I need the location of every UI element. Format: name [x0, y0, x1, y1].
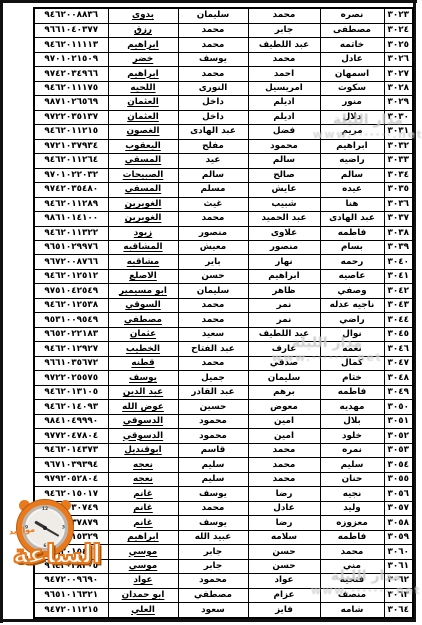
cell-family: عثمان	[108, 327, 178, 341]
cell-grandfather: محمد	[178, 23, 248, 37]
cell-phone: ٩٧٤٢٠٣٤٩٦٦	[34, 67, 108, 81]
names-table-body: ٣٠٢٣نصرهمحمدسليمانبدوى٩٤٦٢٠٠٨٨٣٦٣٠٢٤مصطف…	[34, 8, 413, 618]
table-row: ٣٠٥٣نمرهمحمدقاسمابوقنديل٩٤٦٢٠١٤٣٧٣	[34, 443, 413, 457]
cell-grandfather: باير	[178, 255, 248, 269]
cell-id: ٣٠٢٩	[384, 96, 413, 110]
cell-father: محمد	[248, 52, 320, 66]
cell-phone: ٩٥٣١٠٠٩٥٤٩	[34, 313, 108, 327]
cell-family: ابو حمدان	[108, 588, 178, 602]
table-row: ٣٠٣١مريمفضلعبد الهادىالغصون٩٤٦٢٠١١٢١٥	[34, 125, 413, 139]
cell-first: ناجيه عدله	[320, 298, 384, 312]
cell-id: ٣٠٥٤	[384, 458, 413, 472]
cell-id: ٣٠٤٧	[384, 356, 413, 370]
cell-family: خضر	[108, 52, 178, 66]
table-row: ٣٠٥٠مهديهمعوضحسينعوض الله٩٤٦٢٠١٤٠٩٣	[34, 400, 413, 414]
clock-number: 9	[25, 526, 28, 531]
cell-phone: ٩٤٦٢٠١١٢٦٤	[34, 154, 108, 168]
cell-phone: ٩٤٦٢٠١١٢٨٩	[34, 197, 108, 211]
cell-id: ٣٠٢٦	[384, 52, 413, 66]
cell-grandfather: مسلم	[178, 183, 248, 197]
cell-father: برهم	[248, 385, 320, 399]
cell-phone: ٩٦٧٢٠٠٨٧٦٦	[34, 255, 108, 269]
cell-grandfather: سالم	[178, 168, 248, 182]
cell-phone: ٩٧٤٢٠٣٥٤٨٠	[34, 183, 108, 197]
cell-father: محمد	[248, 472, 320, 486]
cell-id: ٣٠٣٦	[384, 197, 413, 211]
cell-father: عايش	[248, 183, 320, 197]
cell-id: ٣٠٤٦	[384, 342, 413, 356]
cell-first: ختام	[320, 371, 384, 385]
cell-family: ابراهيم	[108, 67, 178, 81]
table-row: ٣٠٦٤شامهفايزسعودالعلي٩٤٧٢٠١١٢١٥	[34, 603, 413, 618]
table-row: ٣٠٤٥نوالعبد اللطيفسعيدعثمان٩٦٥٢٠٢٢١٨٣	[34, 327, 413, 341]
table-row: ٣٠٣٤سالمصالحسالمالصبيحات٩٧٠١٠٢٢٠٣٢	[34, 168, 413, 182]
cell-father: امين	[248, 414, 320, 428]
cell-family: غانم	[108, 516, 178, 530]
cell-grandfather: سعود	[178, 603, 248, 618]
cell-family: رزق	[108, 23, 178, 37]
table-row: ٣٠٢٣نصرهمحمدسليمانبدوى٩٤٦٢٠٠٨٨٣٦	[34, 8, 413, 23]
cell-father: محمد	[248, 443, 320, 457]
cell-father: عبد اللطيف	[248, 327, 320, 341]
cell-family: غانم	[108, 501, 178, 515]
cell-first: خلود	[320, 429, 384, 443]
cell-father: علاوى	[248, 226, 320, 240]
cell-grandfather: يوسف	[178, 516, 248, 530]
cell-first: سالم	[320, 168, 384, 182]
cell-family: قطنه	[108, 356, 178, 370]
clock-bell-icon	[19, 500, 30, 511]
table-row: ٣٠٢٩منوراديلمداخلالعثمان٩٨٧١٠٢٦٥٦٩	[34, 96, 413, 110]
table-row: ٣٠٣٧عبد الهادىعبد الحميدمحمدالغويرين٩٨٦١…	[34, 212, 413, 226]
cell-father: محمود	[248, 139, 320, 153]
cell-family: الاصلع	[108, 269, 178, 283]
cell-father: عزام	[248, 588, 320, 602]
cell-family: المشاقبه	[108, 240, 178, 254]
cell-father: احمد	[248, 67, 320, 81]
table-row: ٣٠٣٢ابراهيممحمودمفلحاليعقوب٩٧٢١٠٣٧٩٣٤	[34, 139, 413, 153]
cell-phone: ٩٨٦١٠١٤١٠٠	[34, 212, 108, 226]
cell-grandfather: قاسم	[178, 443, 248, 457]
cell-father: محمد	[248, 8, 320, 23]
cell-first: نوال	[320, 327, 384, 341]
cell-family: العثمان	[108, 96, 178, 110]
cell-id: ٣٠٥٨	[384, 516, 413, 530]
cell-phone: ٩٦٥٢٠٢٢١٨٣	[34, 327, 108, 341]
cell-family: بدوى	[108, 8, 178, 23]
cell-first: راضي	[320, 313, 384, 327]
table-row: ٣٠٥٩فاطمهسلامهعبيد اللهابراهيم٩٤٦٢٠١٥٣٢٩	[34, 530, 413, 544]
cell-father: عادل	[248, 501, 320, 515]
cell-first: فاطمه	[320, 530, 384, 544]
cell-family: نعجه	[108, 458, 178, 472]
cell-grandfather: عبد الهادى	[178, 125, 248, 139]
cell-first: اسمهان	[320, 67, 384, 81]
cell-id: ٣٠٣٨	[384, 226, 413, 240]
cell-id: ٣٠٣٤	[384, 168, 413, 182]
cell-id: ٣٠٥٩	[384, 530, 413, 544]
table-row: ٣٠٦٢فتحيهعوادمحمودعواد٩٤٧٢٠٠٩٦٩٠	[34, 574, 413, 588]
cell-phone: ٩٤٦٢٠١٢٩٢٧	[34, 342, 108, 356]
cell-grandfather: محمد	[178, 38, 248, 52]
cell-phone: ٩٤٧٢٠٠٩٦٩٠	[34, 574, 108, 588]
cell-first: محمد	[320, 545, 384, 559]
table-row: ٣٠٥٦نجيهرضايوسفغانم٩٤٦٢٠١٥٠١٧	[34, 487, 413, 501]
cell-family: الغصون	[108, 125, 178, 139]
cell-grandfather: عبد القادر	[178, 385, 248, 399]
cell-first: هنا	[320, 197, 384, 211]
cell-id: ٣٠٤٠	[384, 255, 413, 269]
cell-family: الدسوقي	[108, 414, 178, 428]
cell-id: ٣٠٦٢	[384, 574, 413, 588]
cell-first: مهديه	[320, 400, 384, 414]
cell-id: ٣٠٢٨	[384, 81, 413, 95]
table-row: ٣٠٤٦نعمهعارفعبد الفتاحالخطيب٩٤٦٢٠١٢٩٢٧	[34, 342, 413, 356]
cell-id: ٣٠٥٧	[384, 501, 413, 515]
cell-grandfather: داخل	[178, 96, 248, 110]
table-row: ٣٠٦٠محمدحسنجابرموسي٩٤٦٢٠١٥٤١٧	[34, 545, 413, 559]
table-row: ٣٠٣٥عيدهعايشمسلمالمسقي٩٧٤٢٠٣٥٤٨٠	[34, 183, 413, 197]
cell-id: ٣٠٢٤	[384, 23, 413, 37]
cell-id: ٣٠٤١	[384, 269, 413, 283]
table-row: ٣٠٤١عاصيهابراهيمحسنالاصلع٩٤٦٢٠١٢٥١٢	[34, 269, 413, 283]
cell-first: سليم	[320, 458, 384, 472]
cell-first: فتحيه	[320, 574, 384, 588]
cell-father: نمر	[248, 298, 320, 312]
cell-grandfather: عبد الفتاح	[178, 342, 248, 356]
cell-id: ٣٠٤٥	[384, 327, 413, 341]
cell-id: ٣٠٥٣	[384, 443, 413, 457]
cell-family: اليعقوب	[108, 139, 178, 153]
cell-father: ظاهر	[248, 284, 320, 298]
cell-father: امين	[248, 429, 320, 443]
cell-phone: ٩٤٧٢٠١١٢١٥	[34, 603, 108, 618]
cell-id: ٣٠٤٨	[384, 371, 413, 385]
cell-id: ٣٠٣٣	[384, 154, 413, 168]
cell-first: منور	[320, 96, 384, 110]
cell-phone: ٩٧٠١٠٢٢٠٣٢	[34, 168, 108, 182]
cell-family: ابوقنديل	[108, 443, 178, 457]
cell-father: نمر	[248, 313, 320, 327]
table-row: ٣٠٢٧اسمهاناحمدمحمدابراهيم٩٧٤٢٠٣٤٩٦٦	[34, 67, 413, 81]
cell-first: ابراهيم	[320, 139, 384, 153]
cell-grandfather: غيث	[178, 197, 248, 211]
cell-father: ابراهيم	[248, 269, 320, 283]
cell-family: عبد الدين	[108, 385, 178, 399]
cell-id: ٣٠٣٧	[384, 212, 413, 226]
cell-phone: ٩٧٢١٠٣٧٩٣٤	[34, 139, 108, 153]
cell-grandfather: محمود	[178, 414, 248, 428]
cell-grandfather: جميل	[178, 371, 248, 385]
table-row: ٣٠٦١منيحسنجابرموسي٩٦٤٢٠٣٨٢٠٥	[34, 559, 413, 573]
cell-id: ٣٠٦٠	[384, 545, 413, 559]
table-row: ٣٠٣٦هناشبيبغيثالغويرين٩٤٦٢٠١١٢٨٩	[34, 197, 413, 211]
table-row: ٣٠٤٢وصفيظاهرسليمانابو مسيمير٩٧٥١٠٤٢٥٤٩	[34, 284, 413, 298]
cell-family: ابراهيم	[108, 530, 178, 544]
table-row: ٣٠٢٥خاتمهعبد اللطيفمحمدابراهيم٩٤٦٢٠١١١١٣	[34, 38, 413, 52]
cell-phone: ٩٧٠١٠٢١٥٠٩	[34, 52, 108, 66]
cell-grandfather: حسين	[178, 400, 248, 414]
cell-id: ٣٠٣٠	[384, 110, 413, 124]
cell-first: وصفي	[320, 284, 384, 298]
table-row: ٣٠٢٦عادلمحمديوسفخضر٩٧٠١٠٢١٥٠٩	[34, 52, 413, 66]
cell-family: مصطفي	[108, 313, 178, 327]
cell-father: سلامه	[248, 530, 320, 544]
cell-id: ٣٠٥٠	[384, 400, 413, 414]
cell-first: نمره	[320, 443, 384, 457]
cell-father: اديلم	[248, 96, 320, 110]
cell-family: المسقي	[108, 154, 178, 168]
cell-grandfather: محمد	[178, 313, 248, 327]
cell-grandfather: سليم	[178, 458, 248, 472]
cell-phone: ٩٤٦٢٠١١١٧٥	[34, 81, 108, 95]
cell-phone: ٩٤٦٢٠٣٠٧٤٩	[34, 501, 108, 515]
cell-father: سالم	[248, 154, 320, 168]
cell-phone: ٩٨٧١٠٢٦٥٦٩	[34, 96, 108, 110]
table-row: ٣٠٤٩فاطمهبرهمعبد القادرعبد الدين٩٤٦٢٠١٣١…	[34, 385, 413, 399]
cell-phone: ٩٤٦٢٠١٢٥١٢	[34, 269, 108, 283]
cell-first: عبد الهادى	[320, 212, 384, 226]
cell-first: حنان	[320, 472, 384, 486]
cell-grandfather: عيد	[178, 154, 248, 168]
cell-first: شامه	[320, 603, 384, 618]
table-row: ٣٠٢٤مصطفىجابرمحمدرزق٩٦٦١٠٤٠٣٧٧	[34, 23, 413, 37]
cell-first: فاطمه	[320, 226, 384, 240]
cell-grandfather: حسن	[178, 269, 248, 283]
cell-first: كمال	[320, 356, 384, 370]
cell-grandfather: محمد	[178, 298, 248, 312]
page-border-left	[0, 0, 3, 623]
cell-family: الخطيب	[108, 342, 178, 356]
cell-id: ٣٠٣٩	[384, 240, 413, 254]
table-row: ٣٠٤٠رحمهنهاربايرمشاقبه٩٦٧٢٠٠٨٧٦٦	[34, 255, 413, 269]
cell-first: مني	[320, 559, 384, 573]
cell-family: الغويرين	[108, 197, 178, 211]
cell-grandfather: محمد	[178, 501, 248, 515]
cell-phone: ٩٦٦١٠٤٠٣٧٧	[34, 23, 108, 37]
cell-first: منصف	[320, 588, 384, 602]
cell-id: ٣٠٢٥	[384, 38, 413, 52]
cell-father: صالح	[248, 168, 320, 182]
cell-first: عاصيه	[320, 269, 384, 283]
cell-id: ٣٠٣١	[384, 125, 413, 139]
cell-id: ٣٠٤٩	[384, 385, 413, 399]
cell-id: ٣٠٥٢	[384, 429, 413, 443]
cell-family: موسي	[108, 545, 178, 559]
cell-first: مصطفى	[320, 23, 384, 37]
cell-first: وليد	[320, 501, 384, 515]
cell-phone: ٩٤٦٢٠١٢٥٣٨	[34, 298, 108, 312]
cell-family: مشاقبه	[108, 255, 178, 269]
cell-father: فايز	[248, 603, 320, 618]
cell-grandfather: مفلح	[178, 139, 248, 153]
cell-family: الغويرين	[108, 212, 178, 226]
cell-phone: ٩٧٢٢٠٢٥٥٧٥	[34, 371, 108, 385]
cell-id: ٣٠٥٥	[384, 472, 413, 486]
cell-phone: ٩٤٦٢٠٠٨٨٣٦	[34, 8, 108, 23]
cell-first: سكوت	[320, 81, 384, 95]
cell-father: فضل	[248, 125, 320, 139]
cell-first: دلال	[320, 110, 384, 124]
cell-phone: ٩٧٩٢٠٥٢٨٠٤	[34, 472, 108, 486]
cell-id: ٣٠٥٦	[384, 487, 413, 501]
cell-phone: ٩٦٤٢٠٣٨٢٠٥	[34, 559, 108, 573]
names-table: ٣٠٢٣نصرهمحمدسليمانبدوى٩٤٦٢٠٠٨٨٣٦٣٠٢٤مصطف…	[33, 7, 414, 619]
cell-grandfather: محمد	[178, 212, 248, 226]
cell-father: عارف	[248, 342, 320, 356]
cell-family: عواد	[108, 574, 178, 588]
cell-family: الصبيحات	[108, 168, 178, 182]
cell-phone: ٩٤٦٢٠١٣١٠٥	[34, 385, 108, 399]
cell-first: معزوزه	[320, 516, 384, 530]
table-row: ٣٠٣٣راضيهسالمعيدالمسقي٩٤٦٢٠١١٢٦٤	[34, 154, 413, 168]
cell-father: سليمان	[248, 371, 320, 385]
table-row: ٣٠٤٤راضينمرمحمدمصطفي٩٥٣١٠٠٩٥٤٩	[34, 313, 413, 327]
cell-family: عوض الله	[108, 400, 178, 414]
cell-father: حسن	[248, 559, 320, 573]
cell-first: نصره	[320, 8, 384, 23]
cell-grandfather: جابر	[178, 559, 248, 573]
cell-grandfather: مصطفي	[178, 588, 248, 602]
cell-family: اللحيه	[108, 81, 178, 95]
cell-id: ٣٠٣٢	[384, 139, 413, 153]
cell-id: ٣٠٤٣	[384, 298, 413, 312]
table-row: ٣٠٥٧وليدعادلمحمدغانم٩٤٦٢٠٣٠٧٤٩	[34, 501, 413, 515]
cell-father: رضا	[248, 516, 320, 530]
cell-first: نجيه	[320, 487, 384, 501]
cell-id: ٣٠٦٤	[384, 603, 413, 618]
cell-id: ٣٠٦٣	[384, 588, 413, 602]
table-row: ٣٠٣٩بساممنصورمعيشالمشاقبه٩٦٥١٠٢٩٩٧٦	[34, 240, 413, 254]
table-row: ٣٠٤٧كمالصدقيمحمدقطنه٩٦٦١٠٣٥٦٧٢	[34, 356, 413, 370]
cell-grandfather: محمد	[178, 356, 248, 370]
cell-father: معوض	[248, 400, 320, 414]
cell-phone: ٩٧٢٢٠٣٥١٣٧	[34, 110, 108, 124]
cell-family: موسي	[108, 559, 178, 573]
cell-first: خاتمه	[320, 38, 384, 52]
cell-first: فاطمه	[320, 385, 384, 399]
cell-father: صدقي	[248, 356, 320, 370]
cell-grandfather: سليمان	[178, 284, 248, 298]
table-row: ٣٠٥٤سليممحمدسليمنعجه٩٦٧١٠٣٩٣٩٤	[34, 458, 413, 472]
cell-first: عادل	[320, 52, 384, 66]
table-row: ٣٠٥١بلالامينمحمودالدسوقي٩٨٤١٠٤٩٩٩٠	[34, 414, 413, 428]
cell-family: نعجه	[108, 472, 178, 486]
cell-father: رضا	[248, 487, 320, 501]
cell-first: عيده	[320, 183, 384, 197]
cell-id: ٣٠٢٣	[384, 8, 413, 23]
cell-father: عبد اللطيف	[248, 38, 320, 52]
cell-family: ابراهيم	[108, 38, 178, 52]
cell-father: عبد الحميد	[248, 212, 320, 226]
table-row: ٣٠٥٢خلودامينمحمودالدسوقي٩٧٧٢٠٤٧٨٠٤	[34, 429, 413, 443]
cell-family: العلي	[108, 603, 178, 618]
cell-first: بلال	[320, 414, 384, 428]
table-row: ٣٠٥٨معزوزهرضايوسفغانم٩٤٧٢٠٣٧٨٧٩	[34, 516, 413, 530]
cell-father: شبيب	[248, 197, 320, 211]
cell-grandfather: سعيد	[178, 327, 248, 341]
cell-grandfather: محمود	[178, 429, 248, 443]
cell-phone: ٩٤٦٢٠١٥٠١٧	[34, 487, 108, 501]
cell-father: جابر	[248, 23, 320, 37]
cell-family: العثمان	[108, 110, 178, 124]
cell-family: السوقي	[108, 298, 178, 312]
cell-family: ابو مسيمير	[108, 284, 178, 298]
table-row: ٣٠٢٨سكوتامريسيلالنورىاللحيه٩٤٦٢٠١١١٧٥	[34, 81, 413, 95]
cell-grandfather: محمد	[178, 67, 248, 81]
table-row: ٣٠٦٣منصفعزاممصطفيابو حمدان٩٦٥١٠١٦٣٢١	[34, 588, 413, 602]
table-row: ٣٠٣٠دلالاديلمداخلالعثمان٩٧٢٢٠٣٥١٣٧	[34, 110, 413, 124]
cell-father: محمد	[248, 458, 320, 472]
cell-phone: ٩٤٦٢٠١٤٠٩٣	[34, 400, 108, 414]
cell-grandfather: معيش	[178, 240, 248, 254]
cell-father: منصور	[248, 240, 320, 254]
cell-id: ٣٠٥١	[384, 414, 413, 428]
cell-grandfather: سليمان	[178, 8, 248, 23]
cell-father: اديلم	[248, 110, 320, 124]
cell-grandfather: عبيد الله	[178, 530, 248, 544]
cell-first: رحمه	[320, 255, 384, 269]
cell-phone: ٩٦٥١٠١٦٣٢١	[34, 588, 108, 602]
cell-phone: ٩٤٦٢٠١٥٤١٧	[34, 545, 108, 559]
cell-phone: ٩٦٥١٠٢٩٩٧٦	[34, 240, 108, 254]
cell-family: غانم	[108, 487, 178, 501]
cell-phone: ٩٨٤١٠٤٩٩٩٠	[34, 414, 108, 428]
cell-father: امريسيل	[248, 81, 320, 95]
table-row: ٣٠٥٥حنانمحمدسليمنعجه٩٧٩٢٠٥٢٨٠٤	[34, 472, 413, 486]
cell-grandfather: النورى	[178, 81, 248, 95]
page-border-bottom	[0, 619, 416, 622]
page-border-top	[0, 0, 417, 3]
cell-grandfather: منصور	[178, 226, 248, 240]
cell-grandfather: سليم	[178, 472, 248, 486]
cell-grandfather: يوسف	[178, 487, 248, 501]
cell-phone: ٩٤٦٢٠١٥٣٢٩	[34, 530, 108, 544]
scanned-page: ٣٠٢٣نصرهمحمدسليمانبدوى٩٤٦٢٠٠٨٨٣٦٣٠٢٤مصطف…	[0, 0, 422, 625]
cell-family: يوسف	[108, 371, 178, 385]
cell-phone: ٩٤٧٢٠٣٧٨٧٩	[34, 516, 108, 530]
cell-grandfather: جابر	[178, 545, 248, 559]
cell-father: حسن	[248, 545, 320, 559]
cell-first: نعمه	[320, 342, 384, 356]
cell-first: بسام	[320, 240, 384, 254]
cell-id: ٣٠٦١	[384, 559, 413, 573]
cell-phone: ٩٤٦٢٠١٤٣٧٣	[34, 443, 108, 457]
cell-father: عواد	[248, 574, 320, 588]
cell-family: الدسوقي	[108, 429, 178, 443]
cell-grandfather: داخل	[178, 110, 248, 124]
cell-phone: ٩٧٧٢٠٤٧٨٠٤	[34, 429, 108, 443]
table-row: ٣٠٤٨ختامسليمانجميليوسف٩٧٢٢٠٢٥٥٧٥	[34, 371, 413, 385]
cell-first: راضيه	[320, 154, 384, 168]
cell-id: ٣٠٢٧	[384, 67, 413, 81]
cell-phone: ٩٦٦١٠٣٥٦٧٢	[34, 356, 108, 370]
cell-first: مريم	[320, 125, 384, 139]
cell-father: نهار	[248, 255, 320, 269]
table-row: ٣٠٤٣ناجيه عدلهنمرمحمدالسوقي٩٤٦٢٠١٢٥٣٨	[34, 298, 413, 312]
table-row: ٣٠٣٨فاطمهعلاوىمنصورزيود٩٤٦٢٠١١٣٢٢	[34, 226, 413, 240]
cell-phone: ٩٤٦٢٠١١١١٣	[34, 38, 108, 52]
cell-id: ٣٠٤٤	[384, 313, 413, 327]
cell-family: زيود	[108, 226, 178, 240]
cell-phone: ٩٤٦٢٠١١٢١٥	[34, 125, 108, 139]
cell-phone: ٩٤٦٢٠١١٣٢٢	[34, 226, 108, 240]
cell-grandfather: محمود	[178, 574, 248, 588]
cell-id: ٣٠٤٢	[384, 284, 413, 298]
cell-phone: ٩٦٧١٠٣٩٣٩٤	[34, 458, 108, 472]
cell-phone: ٩٧٥١٠٤٢٥٤٩	[34, 284, 108, 298]
cell-id: ٣٠٣٥	[384, 183, 413, 197]
